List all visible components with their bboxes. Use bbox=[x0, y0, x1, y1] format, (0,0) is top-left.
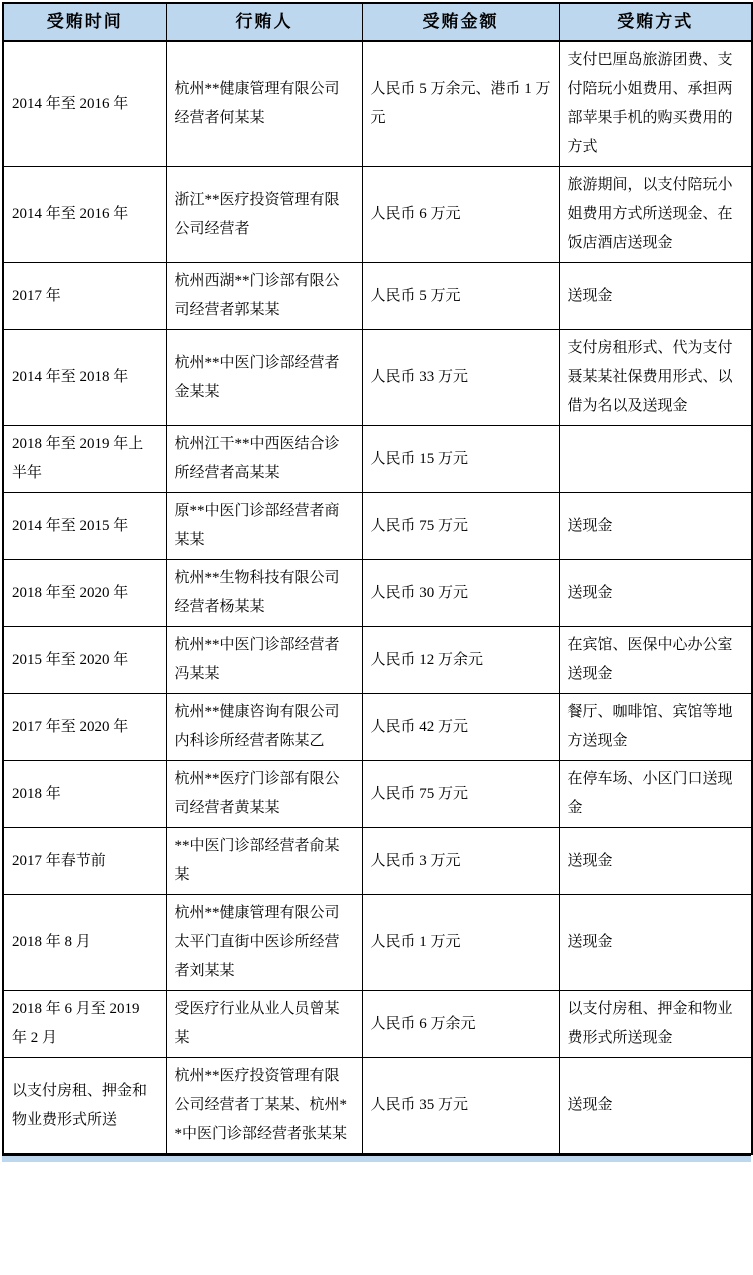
cell-briber: 杭州**中医门诊部经营者冯某某 bbox=[166, 627, 362, 694]
cell-method: 送现金 bbox=[559, 895, 752, 991]
cell-time: 2014 年至 2016 年 bbox=[3, 167, 166, 263]
cell-briber: 杭州**医疗投资管理有限公司经营者丁某某、杭州**中医门诊部经营者张某某 bbox=[166, 1058, 362, 1155]
document-page: 受贿时间 行贿人 受贿金额 受贿方式 2014 年至 2016 年杭州**健康管… bbox=[0, 0, 753, 1162]
cell-time: 2014 年至 2016 年 bbox=[3, 41, 166, 167]
cell-method: 旅游期间，以支付陪玩小姐费用方式所送现金、在饭店酒店送现金 bbox=[559, 167, 752, 263]
bribery-table: 受贿时间 行贿人 受贿金额 受贿方式 2014 年至 2016 年杭州**健康管… bbox=[2, 2, 753, 1155]
table-row: 2014 年至 2018 年杭州**中医门诊部经营者金某某人民币 33 万元支付… bbox=[3, 330, 752, 426]
cell-amount: 人民币 15 万元 bbox=[362, 426, 559, 493]
table-header-row: 受贿时间 行贿人 受贿金额 受贿方式 bbox=[3, 3, 752, 41]
cell-time: 2018 年至 2020 年 bbox=[3, 560, 166, 627]
table-row: 2018 年至 2020 年杭州**生物科技有限公司经营者杨某某人民币 30 万… bbox=[3, 560, 752, 627]
cell-method: 支付房租形式、代为支付聂某某社保费用形式、以借为名以及送现金 bbox=[559, 330, 752, 426]
table-row: 2014 年至 2015 年原**中医门诊部经营者商某某人民币 75 万元送现金 bbox=[3, 493, 752, 560]
cell-amount: 人民币 5 万元 bbox=[362, 263, 559, 330]
column-header-method: 受贿方式 bbox=[559, 3, 752, 41]
table-row: 2018 年 6 月至 2019 年 2 月受医疗行业从业人员曾某某人民币 6 … bbox=[3, 991, 752, 1058]
cell-briber: 杭州**中医门诊部经营者金某某 bbox=[166, 330, 362, 426]
table-row: 2014 年至 2016 年杭州**健康管理有限公司经营者何某某人民币 5 万余… bbox=[3, 41, 752, 167]
column-header-time: 受贿时间 bbox=[3, 3, 166, 41]
cell-briber: 受医疗行业从业人员曾某某 bbox=[166, 991, 362, 1058]
table-row: 2015 年至 2020 年杭州**中医门诊部经营者冯某某人民币 12 万余元在… bbox=[3, 627, 752, 694]
cell-amount: 人民币 42 万元 bbox=[362, 694, 559, 761]
cell-briber: 杭州**医疗门诊部有限公司经营者黄某某 bbox=[166, 761, 362, 828]
cell-time: 2018 年至 2019 年上半年 bbox=[3, 426, 166, 493]
cell-time: 2017 年春节前 bbox=[3, 828, 166, 895]
cell-briber: 杭州**健康管理有限公司太平门直街中医诊所经营者刘某某 bbox=[166, 895, 362, 991]
cell-amount: 人民币 3 万元 bbox=[362, 828, 559, 895]
cell-briber: 杭州江干**中西医结合诊所经营者高某某 bbox=[166, 426, 362, 493]
cell-method: 送现金 bbox=[559, 263, 752, 330]
cell-time: 2015 年至 2020 年 bbox=[3, 627, 166, 694]
cell-briber: 浙江**医疗投资管理有限公司经营者 bbox=[166, 167, 362, 263]
table-row: 2017 年杭州西湖**门诊部有限公司经营者郭某某人民币 5 万元送现金 bbox=[3, 263, 752, 330]
table-row: 2017 年至 2020 年杭州**健康咨询有限公司内科诊所经营者陈某乙人民币 … bbox=[3, 694, 752, 761]
table-row: 2018 年杭州**医疗门诊部有限公司经营者黄某某人民币 75 万元在停车场、小… bbox=[3, 761, 752, 828]
cell-amount: 人民币 1 万元 bbox=[362, 895, 559, 991]
cell-method: 在停车场、小区门口送现金 bbox=[559, 761, 752, 828]
cell-method: 以支付房租、押金和物业费形式所送现金 bbox=[559, 991, 752, 1058]
column-header-briber: 行贿人 bbox=[166, 3, 362, 41]
table-row: 2014 年至 2016 年浙江**医疗投资管理有限公司经营者人民币 6 万元旅… bbox=[3, 167, 752, 263]
cell-briber: 原**中医门诊部经营者商某某 bbox=[166, 493, 362, 560]
cell-briber: **中医门诊部经营者俞某某 bbox=[166, 828, 362, 895]
cell-amount: 人民币 6 万余元 bbox=[362, 991, 559, 1058]
cell-amount: 人民币 30 万元 bbox=[362, 560, 559, 627]
cell-briber: 杭州**健康咨询有限公司内科诊所经营者陈某乙 bbox=[166, 694, 362, 761]
cell-amount: 人民币 33 万元 bbox=[362, 330, 559, 426]
cell-time: 2014 年至 2015 年 bbox=[3, 493, 166, 560]
cell-method: 送现金 bbox=[559, 493, 752, 560]
table-body: 2014 年至 2016 年杭州**健康管理有限公司经营者何某某人民币 5 万余… bbox=[3, 41, 752, 1154]
table-row: 以支付房租、押金和物业费形式所送杭州**医疗投资管理有限公司经营者丁某某、杭州*… bbox=[3, 1058, 752, 1155]
cell-amount: 人民币 35 万元 bbox=[362, 1058, 559, 1155]
cell-method: 餐厅、咖啡馆、宾馆等地方送现金 bbox=[559, 694, 752, 761]
cell-briber: 杭州西湖**门诊部有限公司经营者郭某某 bbox=[166, 263, 362, 330]
cell-time: 2018 年 bbox=[3, 761, 166, 828]
cell-method: 送现金 bbox=[559, 1058, 752, 1155]
table-row: 2018 年 8 月杭州**健康管理有限公司太平门直街中医诊所经营者刘某某人民币… bbox=[3, 895, 752, 991]
cell-amount: 人民币 75 万元 bbox=[362, 761, 559, 828]
cell-time: 2014 年至 2018 年 bbox=[3, 330, 166, 426]
cell-method: 送现金 bbox=[559, 828, 752, 895]
next-table-partial-header bbox=[2, 1155, 751, 1162]
cell-time: 2017 年至 2020 年 bbox=[3, 694, 166, 761]
cell-method: 在宾馆、医保中心办公室送现金 bbox=[559, 627, 752, 694]
cell-time: 2018 年 8 月 bbox=[3, 895, 166, 991]
cell-method bbox=[559, 426, 752, 493]
column-header-amount: 受贿金额 bbox=[362, 3, 559, 41]
cell-time: 2017 年 bbox=[3, 263, 166, 330]
cell-amount: 人民币 5 万余元、港币 1 万元 bbox=[362, 41, 559, 167]
cell-method: 支付巴厘岛旅游团费、支付陪玩小姐费用、承担两部苹果手机的购买费用的方式 bbox=[559, 41, 752, 167]
table-row: 2018 年至 2019 年上半年杭州江干**中西医结合诊所经营者高某某人民币 … bbox=[3, 426, 752, 493]
cell-briber: 杭州**健康管理有限公司经营者何某某 bbox=[166, 41, 362, 167]
cell-time: 2018 年 6 月至 2019 年 2 月 bbox=[3, 991, 166, 1058]
cell-amount: 人民币 6 万元 bbox=[362, 167, 559, 263]
cell-briber: 杭州**生物科技有限公司经营者杨某某 bbox=[166, 560, 362, 627]
table-row: 2017 年春节前**中医门诊部经营者俞某某人民币 3 万元送现金 bbox=[3, 828, 752, 895]
cell-amount: 人民币 12 万余元 bbox=[362, 627, 559, 694]
cell-amount: 人民币 75 万元 bbox=[362, 493, 559, 560]
cell-method: 送现金 bbox=[559, 560, 752, 627]
cell-time: 以支付房租、押金和物业费形式所送 bbox=[3, 1058, 166, 1155]
